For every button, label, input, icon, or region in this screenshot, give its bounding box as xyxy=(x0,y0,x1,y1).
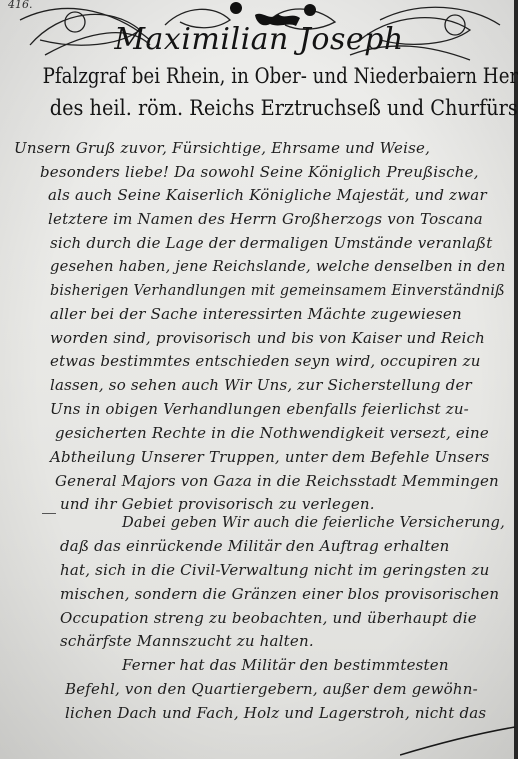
document-title: Maximilian Joseph xyxy=(0,22,518,57)
text-line: Dabei geben Wir auch die feierliche Vers… xyxy=(122,513,505,531)
text-line: worden sind, provisorisch und bis von Ka… xyxy=(50,329,485,347)
text-line: und ihr Gebiet provisorisch zu verlegen. xyxy=(60,495,375,513)
text-line: gesehen haben, jene Reichslande, welche … xyxy=(50,257,506,275)
text-line: Occupation streng zu beobachten, und übe… xyxy=(60,609,477,627)
title-line-1: Pfalzgraf bei Rhein, in Ober- und Nieder… xyxy=(43,64,474,89)
text-line: General Majors von Gaza in die Reichssta… xyxy=(55,472,499,490)
text-line: als auch Seine Kaiserlich Königliche Maj… xyxy=(48,186,487,204)
text-line: schärfste Mannszucht zu halten. xyxy=(60,632,314,650)
margin-mark xyxy=(42,513,56,514)
text-line: besonders liebe! Da sowohl Seine Königli… xyxy=(40,163,479,181)
text-line: gesicherten Rechte in die Nothwendigkeit… xyxy=(55,424,489,442)
text-line: Befehl, von den Quartiergebern, außer de… xyxy=(65,680,478,698)
text-line: lichen Dach und Fach, Holz und Lagerstro… xyxy=(65,704,486,722)
title-line-2: des heil. röm. Reichs Erztruchseß und Ch… xyxy=(50,96,492,120)
text-line: Abtheilung Unserer Truppen, unter dem Be… xyxy=(50,448,489,466)
text-line: sich durch die Lage der dermaligen Umstä… xyxy=(50,234,492,252)
text-line: lassen, so sehen auch Wir Uns, zur Siche… xyxy=(50,376,472,394)
text-line: etwas bestimmtes entschieden seyn wird, … xyxy=(50,352,481,370)
text-line: Ferner hat das Militär den bestimmtesten xyxy=(122,656,449,674)
text-line: letztere im Namen des Herrn Großherzogs … xyxy=(48,210,483,228)
text-line: daß das einrückende Militär den Auftrag … xyxy=(60,537,450,555)
text-line: mischen, sondern die Gränzen einer blos … xyxy=(60,585,499,603)
page-end-stroke xyxy=(400,725,518,759)
manuscript-page: 416. Maximilian Joseph Pfalzgraf bei Rhe… xyxy=(0,0,518,759)
text-line: Unsern Gruß zuvor, Fürsichtige, Ehrsame … xyxy=(14,139,430,157)
text-line: aller bei der Sache interessirten Mächte… xyxy=(50,305,462,323)
text-line: Uns in obigen Verhandlungen ebenfalls fe… xyxy=(50,400,469,418)
text-line: bisherigen Verhandlungen mit gemeinsamem… xyxy=(50,281,505,299)
text-line: hat, sich in die Civil-Verwaltung nicht … xyxy=(60,561,490,579)
